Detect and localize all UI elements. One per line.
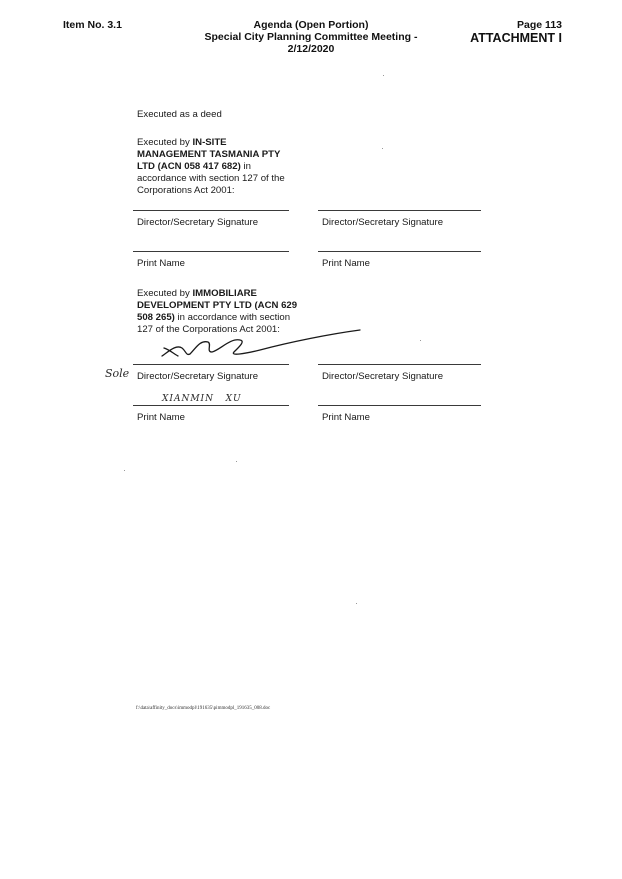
scan-speck bbox=[236, 461, 237, 462]
party1-signature-label-right: Director/Secretary Signature bbox=[322, 217, 443, 228]
party1-prefix: Executed by bbox=[137, 137, 192, 148]
party1-signature-label-left: Director/Secretary Signature bbox=[137, 217, 258, 228]
agenda-title: Agenda (Open Portion) bbox=[180, 19, 442, 31]
party2-signature-line-left bbox=[133, 364, 289, 365]
party2-prefix: Executed by bbox=[137, 288, 192, 299]
party1-signature-line-left bbox=[133, 210, 289, 211]
attachment-label: ATTACHMENT I bbox=[470, 31, 562, 45]
party1-print-name-label-right: Print Name bbox=[322, 258, 370, 269]
handwritten-signature bbox=[160, 328, 365, 360]
scan-speck bbox=[356, 603, 357, 604]
party2-print-name-label-left: Print Name bbox=[137, 412, 185, 423]
item-number: Item No. 3.1 bbox=[63, 19, 122, 31]
deed-intro: Executed as a deed bbox=[137, 109, 222, 121]
page-header: Page 113 ATTACHMENT I bbox=[470, 19, 562, 45]
meeting-title: Special City Planning Committee Meeting … bbox=[180, 31, 442, 55]
agenda-header: Agenda (Open Portion) Special City Plann… bbox=[180, 19, 442, 55]
handwritten-print-name: XIANMIN XU bbox=[162, 394, 242, 404]
party1-name-line-right bbox=[318, 251, 481, 252]
party1-execution-clause: Executed by IN-SITE MANAGEMENT TASMANIA … bbox=[137, 137, 297, 197]
party2-signature-line-right bbox=[318, 364, 481, 365]
party2-signature-label-left: Director/Secretary Signature bbox=[137, 371, 258, 382]
party2-name-line-left bbox=[133, 405, 289, 406]
scan-speck bbox=[420, 340, 421, 341]
scan-speck bbox=[383, 75, 384, 76]
party2-signature-label-right: Director/Secretary Signature bbox=[322, 371, 443, 382]
handwritten-role-annotation: Sole bbox=[105, 367, 129, 380]
file-path-footer: f:\data\affinity_docs\immodpl\191635\pim… bbox=[136, 706, 270, 711]
scan-speck bbox=[124, 470, 125, 471]
party1-signature-line-right bbox=[318, 210, 481, 211]
party2-print-name-label-right: Print Name bbox=[322, 412, 370, 423]
page-number: Page 113 bbox=[470, 19, 562, 31]
party1-print-name-label-left: Print Name bbox=[137, 258, 185, 269]
party1-name-line-left bbox=[133, 251, 289, 252]
scan-speck bbox=[382, 148, 383, 149]
party2-name-line-right bbox=[318, 405, 481, 406]
